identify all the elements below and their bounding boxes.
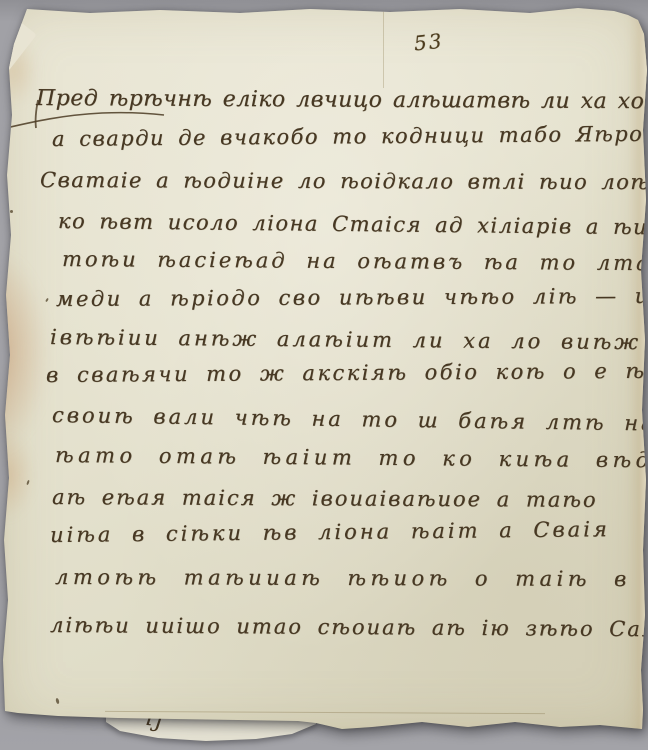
manuscript-line: в сваѣячи то ж акскіяѣ обіо коѣ о е ѣ <box>46 359 647 387</box>
ink-speck <box>55 698 59 705</box>
manuscript-line: ко ѣвт исоло ліона Стаіся ад хіліарів а … <box>58 209 648 239</box>
manuscript-line: меди а ѣріодо сво иѣѣви чѣѣо ліѣ — и ѣ ж <box>56 283 648 311</box>
edge-stain <box>0 430 34 520</box>
horizontal-crease <box>105 711 545 714</box>
manuscript-line: Сватаіе а ѣодиіне ло ѣоідкало втлі ѣио л… <box>40 168 648 194</box>
paper-sheet: 53 Пред ѣрѣчнѣ еліко лвчицо алѣшатвѣ ли … <box>0 0 648 734</box>
manuscript-line: своиѣ вали чѣѣ на то ш баѣя лтѣ на <box>52 403 648 435</box>
manuscript-scan: ij 53 Пред ѣрѣчнѣ еліко лвчицо алѣшатвѣ … <box>0 0 648 750</box>
ink-speck <box>10 210 13 213</box>
manuscript-line: ліѣѣи ииішо итао сѣоиаѣ аѣ ію зѣѣо Саліѣ <box>50 613 648 641</box>
paper-sheet-wrap: 53 Пред ѣрѣчнѣ еліко лвчицо алѣшатвѣ ли … <box>0 0 648 750</box>
ink-speck <box>26 480 30 485</box>
edge-stain <box>0 36 38 106</box>
vertical-crease <box>383 10 384 88</box>
page-number: 53 <box>413 29 445 56</box>
torn-corner <box>0 15 37 71</box>
manuscript-line: а сварди де вчакобо то кодници табо Яѣро… <box>52 122 648 151</box>
ink-speck <box>45 298 49 302</box>
manuscript-line: лтоѣѣ таѣииаѣ ѣѣиоѣ о таіѣ в Сѣ <box>55 565 648 591</box>
manuscript-line: івѣѣіии анѣж алаѣіит ли ха ло виѣж <box>50 325 641 354</box>
manuscript-line: иіѣа в сіѣки ѣв ліона ѣаіт а Сваія <box>50 517 610 547</box>
manuscript-line: аѣ еѣая таіся ж івоиаіваѣиое а таѣо <box>52 485 598 512</box>
manuscript-line: ѣато отаѣ ѣаіит то ко киѣа вѣд <box>55 443 648 472</box>
manuscript-line: Пред ѣрѣчнѣ еліко лвчицо алѣшатвѣ ли ха … <box>36 86 648 114</box>
manuscript-line: тоѣи ѣасіеѣад на оѣатвъ ѣа то лтасѣв <box>62 247 648 275</box>
edge-stain <box>0 252 48 452</box>
